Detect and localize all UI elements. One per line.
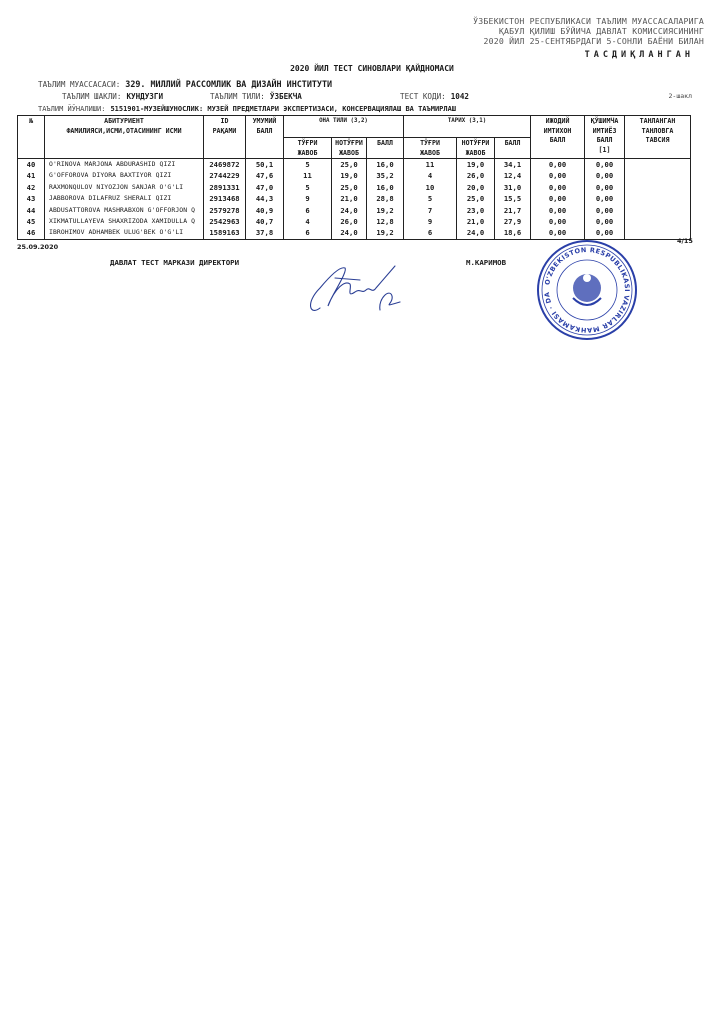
header-line: ҚЎШИМЧА: [585, 117, 624, 127]
header-total-line: УМУМИЙ: [246, 117, 283, 127]
header-creative-exam: ИЖОДИЙ ИМТИХОН БАЛЛ: [531, 116, 585, 159]
test-code-line: ТЕСТ КОДИ:1042: [400, 92, 469, 101]
header-s2-correct: ТЎҒРИЖАВОБ: [404, 138, 457, 159]
s1-score-cell: 19,2: [367, 205, 404, 216]
header-applicant: АБИТУРИЕНТ ФАМИЛИЯСИ,ИСМИ,ОТАСИНИНГ ИСМИ: [45, 116, 204, 159]
creative-score-cell: 0,00: [531, 170, 585, 181]
recommendation-cell: [625, 182, 691, 193]
total-score-cell: 47,0: [246, 182, 284, 193]
language-line: ТАЪЛИМ ТИЛИ:ЎЗБЕКЧА: [210, 92, 302, 101]
row-number-cell: 42: [18, 182, 45, 193]
s2-score-cell: 34,1: [495, 159, 531, 171]
header-applicant-line: АБИТУРИЕНТ: [45, 117, 203, 127]
s2-incorrect-cell: 25,0: [457, 193, 495, 204]
header-line: ТАНЛАНГАН: [625, 117, 690, 127]
s2-score-cell: 21,7: [495, 205, 531, 216]
study-form-label: ТАЪЛИМ ШАКЛИ:: [62, 92, 121, 101]
applicant-name-cell: IBROHIMOV ADHAMBEK ULUG'BEK O'G'LI: [45, 227, 204, 239]
institution-line: ТАЪЛИМ МУАССАСАСИ:329. МИЛЛИЙ РАССОМЛИК …: [38, 79, 332, 89]
s1-incorrect-cell: 21,0: [332, 193, 367, 204]
total-score-cell: 37,8: [246, 227, 284, 239]
s2-incorrect-cell: 23,0: [457, 205, 495, 216]
header-line: БАЛЛ: [585, 136, 624, 146]
s2-incorrect-cell: 26,0: [457, 170, 495, 181]
test-code-label: ТЕСТ КОДИ:: [400, 92, 446, 101]
applicant-id-cell: 2744229: [204, 170, 246, 181]
row-number-cell: 45: [18, 216, 45, 227]
s1-score-cell: 16,0: [367, 182, 404, 193]
extra-points-cell: 0,00: [585, 193, 625, 204]
total-score-cell: 44,3: [246, 193, 284, 204]
table-row: 40O'RINOVA MARJONA ABDURASHID QIZI246987…: [18, 159, 691, 171]
total-score-cell: 47,6: [246, 170, 284, 181]
signature-icon: [300, 258, 440, 318]
s2-score-cell: 15,5: [495, 193, 531, 204]
header-s2-incorrect: НОТЎҒРИЖАВОБ: [457, 138, 495, 159]
table-row: 42RAXMONQULOV NIYOZJON SANJAR O'G'LI2891…: [18, 182, 691, 193]
recommendation-cell: [625, 159, 691, 171]
header-s2-score: БАЛЛ: [495, 138, 531, 159]
approval-block: ЎЗБЕКИСТОН РЕСПУБЛИКАСИ ТАЪЛИМ МУАССАСАЛ…: [473, 16, 704, 46]
s2-correct-cell: 11: [404, 159, 457, 171]
header-s1-incorrect: НОТЎҒРИЖАВОБ: [332, 138, 367, 159]
s1-score-cell: 28,8: [367, 193, 404, 204]
direction-value: 5151901-МУЗЕЙШУНОСЛИК: МУЗЕЙ ПРЕДМЕТЛАРИ…: [110, 105, 456, 113]
s1-incorrect-cell: 25,0: [332, 182, 367, 193]
header-recommendation: ТАНЛАНГАН ТАНЛОВГА ТАВСИЯ: [625, 116, 691, 159]
s2-score-cell: 18,6: [495, 227, 531, 239]
row-number-cell: 44: [18, 205, 45, 216]
applicant-id-cell: 2891331: [204, 182, 246, 193]
institution-value: 329. МИЛЛИЙ РАССОМЛИК ВА ДИЗАЙН ИНСТИТУТ…: [125, 79, 332, 89]
approved-label: ТАСДИҚЛАНГАН: [585, 50, 694, 60]
page-number: 4/15: [677, 237, 693, 245]
table-row: 41G'OFFOROVA DIYORA BAXTIYOR QIZI2744229…: [18, 170, 691, 181]
applicant-name-cell: G'OFFOROVA DIYORA BAXTIYOR QIZI: [45, 170, 204, 181]
print-date: 25.09.2020: [17, 243, 58, 251]
test-code-value: 1042: [451, 92, 469, 101]
approval-line: ҚАБУЛ ҚИЛИШ БЎЙИЧА ДАВЛАТ КОМИССИЯСИНИНГ: [473, 26, 704, 36]
header-line: БАЛЛ: [531, 136, 584, 146]
header-line: [1]: [585, 146, 624, 156]
s1-correct-cell: 5: [284, 159, 332, 171]
s2-correct-cell: 6: [404, 227, 457, 239]
s2-score-cell: 27,9: [495, 216, 531, 227]
applicant-name-cell: RAXMONQULOV NIYOZJON SANJAR O'G'LI: [45, 182, 204, 193]
language-label: ТАЪЛИМ ТИЛИ:: [210, 92, 265, 101]
institution-label: ТАЪЛИМ МУАССАСАСИ:: [38, 80, 120, 89]
director-name: М.КАРИМОВ: [466, 258, 506, 267]
table-row: 44ABDUSATTOROVA MASHRABXON G'OFFORJON Q2…: [18, 205, 691, 216]
extra-points-cell: 0,00: [585, 159, 625, 171]
applicant-id-cell: 2469872: [204, 159, 246, 171]
header-line: ТАВСИЯ: [625, 136, 690, 146]
s2-correct-cell: 10: [404, 182, 457, 193]
s1-incorrect-cell: 24,0: [332, 205, 367, 216]
s1-correct-cell: 6: [284, 205, 332, 216]
s2-correct-cell: 9: [404, 216, 457, 227]
extra-points-cell: 0,00: [585, 216, 625, 227]
header-line: ИМТИЁЗ: [585, 127, 624, 137]
header-line: ТЎҒРИ: [404, 139, 456, 149]
row-number-cell: 43: [18, 193, 45, 204]
header-line: НОТЎҒРИ: [457, 139, 494, 149]
row-number-cell: 40: [18, 159, 45, 171]
applicant-name-cell: ABDUSATTOROVA MASHRABXON G'OFFORJON Q: [45, 205, 204, 216]
header-line: ТЎҒРИ: [284, 139, 331, 149]
results-table-body: 40O'RINOVA MARJONA ABDURASHID QIZI246987…: [18, 159, 691, 240]
header-applicant-line: ФАМИЛИЯСИ,ИСМИ,ОТАСИНИНГ ИСМИ: [45, 127, 203, 137]
s2-score-cell: 31,0: [495, 182, 531, 193]
creative-score-cell: 0,00: [531, 205, 585, 216]
recommendation-cell: [625, 170, 691, 181]
s2-correct-cell: 5: [404, 193, 457, 204]
header-s1-score: БАЛЛ: [367, 138, 404, 159]
header-subject-native-language: ОНА ТИЛИ (3,2): [284, 116, 404, 138]
s1-correct-cell: 4: [284, 216, 332, 227]
s1-score-cell: 12,8: [367, 216, 404, 227]
s1-correct-cell: 5: [284, 182, 332, 193]
approval-line: ЎЗБЕКИСТОН РЕСПУБЛИКАСИ ТАЪЛИМ МУАССАСАЛ…: [473, 16, 704, 26]
s1-score-cell: 19,2: [367, 227, 404, 239]
study-form-line: ТАЪЛИМ ШАКЛИ:КУНДУЗГИ: [62, 92, 163, 101]
s2-incorrect-cell: 19,0: [457, 159, 495, 171]
official-seal-icon: O'ZBEKISTON RESPUBLIKASI VAZIRLAR MAHKAM…: [535, 238, 639, 342]
results-table: № АБИТУРИЕНТ ФАМИЛИЯСИ,ИСМИ,ОТАСИНИНГ ИС…: [17, 115, 691, 240]
language-value: ЎЗБЕКЧА: [270, 92, 302, 101]
applicant-name-cell: JABBOROVA DILAFRUZ SHERALI QIZI: [45, 193, 204, 204]
direction-label: ТАЪЛИМ ЙЎНАЛИШИ:: [38, 105, 105, 113]
recommendation-cell: [625, 216, 691, 227]
header-extra-points: ҚЎШИМЧА ИМТИЁЗ БАЛЛ [1]: [585, 116, 625, 159]
applicant-id-cell: 2542963: [204, 216, 246, 227]
s1-incorrect-cell: 26,0: [332, 216, 367, 227]
approval-line: 2020 ЙИЛ 25-СЕНТЯБРДАГИ 5-СОНЛИ БАЁНИ БИ…: [473, 36, 704, 46]
header-id: ID РАҚАМИ: [204, 116, 246, 159]
s2-incorrect-cell: 21,0: [457, 216, 495, 227]
s1-incorrect-cell: 19,0: [332, 170, 367, 181]
applicant-id-cell: 2913468: [204, 193, 246, 204]
s1-incorrect-cell: 25,0: [332, 159, 367, 171]
header-line: ЖАВОБ: [404, 149, 456, 159]
recommendation-cell: [625, 193, 691, 204]
header-subject-history: ТАРИХ (3,1): [404, 116, 531, 138]
header-line: ЖАВОБ: [457, 149, 494, 159]
recommendation-cell: [625, 205, 691, 216]
direction-line: ТАЪЛИМ ЙЎНАЛИШИ:5151901-МУЗЕЙШУНОСЛИК: М…: [38, 105, 456, 113]
header-line: ИМТИХОН: [531, 127, 584, 137]
creative-score-cell: 0,00: [531, 216, 585, 227]
header-s1-correct: ТЎҒРИЖАВОБ: [284, 138, 332, 159]
director-title: ДАВЛАТ ТЕСТ МАРКАЗИ ДИРЕКТОРИ: [110, 258, 239, 267]
total-score-cell: 40,9: [246, 205, 284, 216]
s1-correct-cell: 6: [284, 227, 332, 239]
s1-score-cell: 35,2: [367, 170, 404, 181]
s2-correct-cell: 4: [404, 170, 457, 181]
total-score-cell: 50,1: [246, 159, 284, 171]
table-row: 45XIKMATULLAYEVA SHAXRIZODA XAMIDULLA Q2…: [18, 216, 691, 227]
header-id-line: РАҚАМИ: [204, 127, 245, 137]
applicant-id-cell: 2579278: [204, 205, 246, 216]
s1-incorrect-cell: 24,0: [332, 227, 367, 239]
applicant-name-cell: XIKMATULLAYEVA SHAXRIZODA XAMIDULLA Q: [45, 216, 204, 227]
creative-score-cell: 0,00: [531, 193, 585, 204]
creative-score-cell: 0,00: [531, 182, 585, 193]
header-total-line: БАЛЛ: [246, 127, 283, 137]
study-form-value: КУНДУЗГИ: [126, 92, 163, 101]
table-row: 43JABBOROVA DILAFRUZ SHERALI QIZI2913468…: [18, 193, 691, 204]
s2-incorrect-cell: 20,0: [457, 182, 495, 193]
extra-points-cell: 0,00: [585, 205, 625, 216]
creative-score-cell: 0,00: [531, 159, 585, 171]
applicant-name-cell: O'RINOVA MARJONA ABDURASHID QIZI: [45, 159, 204, 171]
s2-incorrect-cell: 24,0: [457, 227, 495, 239]
header-line: ЖАВОБ: [284, 149, 331, 159]
header-line: ТАНЛОВГА: [625, 127, 690, 137]
s2-score-cell: 12,4: [495, 170, 531, 181]
header-total: УМУМИЙ БАЛЛ: [246, 116, 284, 159]
extra-points-cell: 0,00: [585, 182, 625, 193]
header-num: №: [18, 116, 45, 159]
document-title: 2020 ЙИЛ ТЕСТ СИНОВЛАРИ ҚАЙДНОМАСИ: [0, 64, 724, 73]
header-id-line: ID: [204, 117, 245, 127]
s2-correct-cell: 7: [404, 205, 457, 216]
row-number-cell: 41: [18, 170, 45, 181]
applicant-id-cell: 1589163: [204, 227, 246, 239]
row-number-cell: 46: [18, 227, 45, 239]
s1-score-cell: 16,0: [367, 159, 404, 171]
s1-correct-cell: 11: [284, 170, 332, 181]
total-score-cell: 40,7: [246, 216, 284, 227]
header-line: НОТЎҒРИ: [332, 139, 366, 149]
header-line: ИЖОДИЙ: [531, 117, 584, 127]
header-line: ЖАВОБ: [332, 149, 366, 159]
s1-correct-cell: 9: [284, 193, 332, 204]
form-number: 2-шакл: [669, 92, 692, 100]
extra-points-cell: 0,00: [585, 170, 625, 181]
